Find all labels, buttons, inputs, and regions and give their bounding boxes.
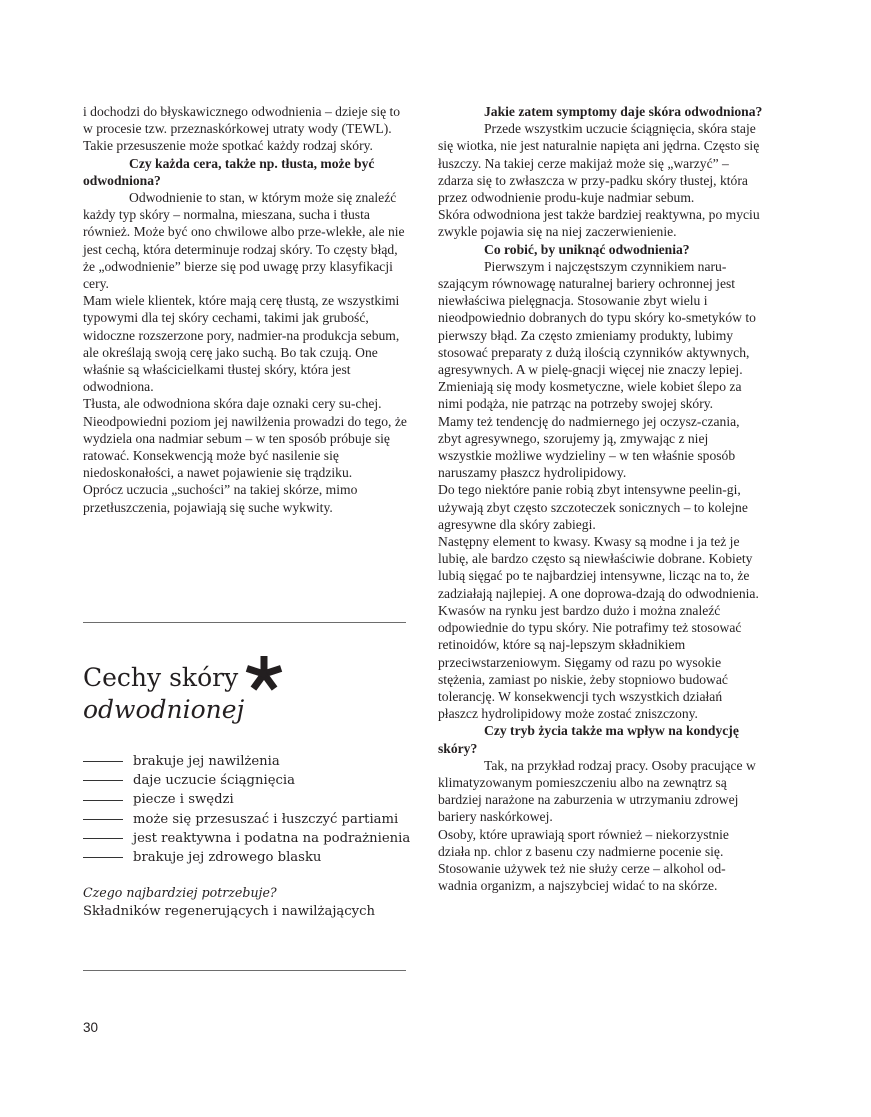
dash-icon <box>83 857 123 858</box>
list-item: brakuje jej nawilżenia <box>83 752 410 771</box>
dash-icon <box>83 761 123 762</box>
question-heading: Co robić, by uniknąć odwodnienia? <box>438 241 763 258</box>
body-paragraph: Tłusta, ale odwodniona skóra daje oznaki… <box>83 395 408 481</box>
dash-icon <box>83 780 123 781</box>
list-item: piecze i swędzi <box>83 790 410 809</box>
list-item: daje uczucie ściągnięcia <box>83 771 410 790</box>
dash-icon <box>83 838 123 839</box>
body-paragraph: Mam wiele klientek, które mają cerę tłus… <box>83 292 408 395</box>
list-item: może się przesuszać i łuszczyć partiami <box>83 810 410 829</box>
body-paragraph: Pierwszym i najczęstszym czynnikiem naru… <box>438 258 763 413</box>
needs-answer: Składników regenerujących i nawilżającyc… <box>83 902 375 921</box>
needs-question: Czego najbardziej potrzebuje? <box>83 883 375 902</box>
left-column: i dochodzi do błyskawicznego odwodnienia… <box>83 103 408 516</box>
box-title-line1: Cechy skóry <box>83 662 238 694</box>
list-item: jest reaktywna i podatna na podrażnienia <box>83 829 410 848</box>
body-paragraph: Oprócz uczucia „suchości” na takiej skór… <box>83 481 408 515</box>
box-top-divider <box>83 622 406 623</box>
body-paragraph: Mamy też tendencję do nadmiernego jej oc… <box>438 413 763 482</box>
body-paragraph: Osoby, które uprawiają sport również – n… <box>438 826 763 895</box>
question-heading: Jakie zatem symptomy daje skóra odwodnio… <box>438 103 763 120</box>
needs-section: Czego najbardziej potrzebuje? Składników… <box>83 883 375 921</box>
question-heading: Czy każda cera, także np. tłusta, może b… <box>83 155 408 189</box>
list-item: brakuje jej zdrowego blasku <box>83 848 410 867</box>
body-paragraph: i dochodzi do błyskawicznego odwodnienia… <box>83 103 408 155</box>
body-paragraph: Następny element to kwasy. Kwasy są modn… <box>438 533 763 722</box>
box-title: Cechy skóry odwodnionej <box>83 662 284 726</box>
body-paragraph: Do tego niektóre panie robią zbyt intens… <box>438 481 763 533</box>
body-paragraph: Tak, na przykład rodzaj pracy. Osoby pra… <box>438 757 763 826</box>
dash-icon <box>83 800 123 801</box>
body-paragraph: Przede wszystkim uczucie ściągnięcia, sk… <box>438 120 763 206</box>
page-number: 30 <box>83 1020 98 1035</box>
question-heading: Czy tryb życia także ma wpływ na kondycj… <box>438 722 763 756</box>
right-column: Jakie zatem symptomy daje skóra odwodnio… <box>438 103 763 894</box>
box-bottom-divider <box>83 970 406 971</box>
body-paragraph: Skóra odwodniona jest także bardziej rea… <box>438 206 763 240</box>
asterisk-icon <box>244 654 284 694</box>
dash-icon <box>83 819 123 820</box>
body-paragraph: Odwodnienie to stan, w którym może się z… <box>83 189 408 292</box>
box-title-line2: odwodnionej <box>83 694 284 726</box>
features-list: brakuje jej nawilżenia daje uczucie ścią… <box>83 752 410 867</box>
